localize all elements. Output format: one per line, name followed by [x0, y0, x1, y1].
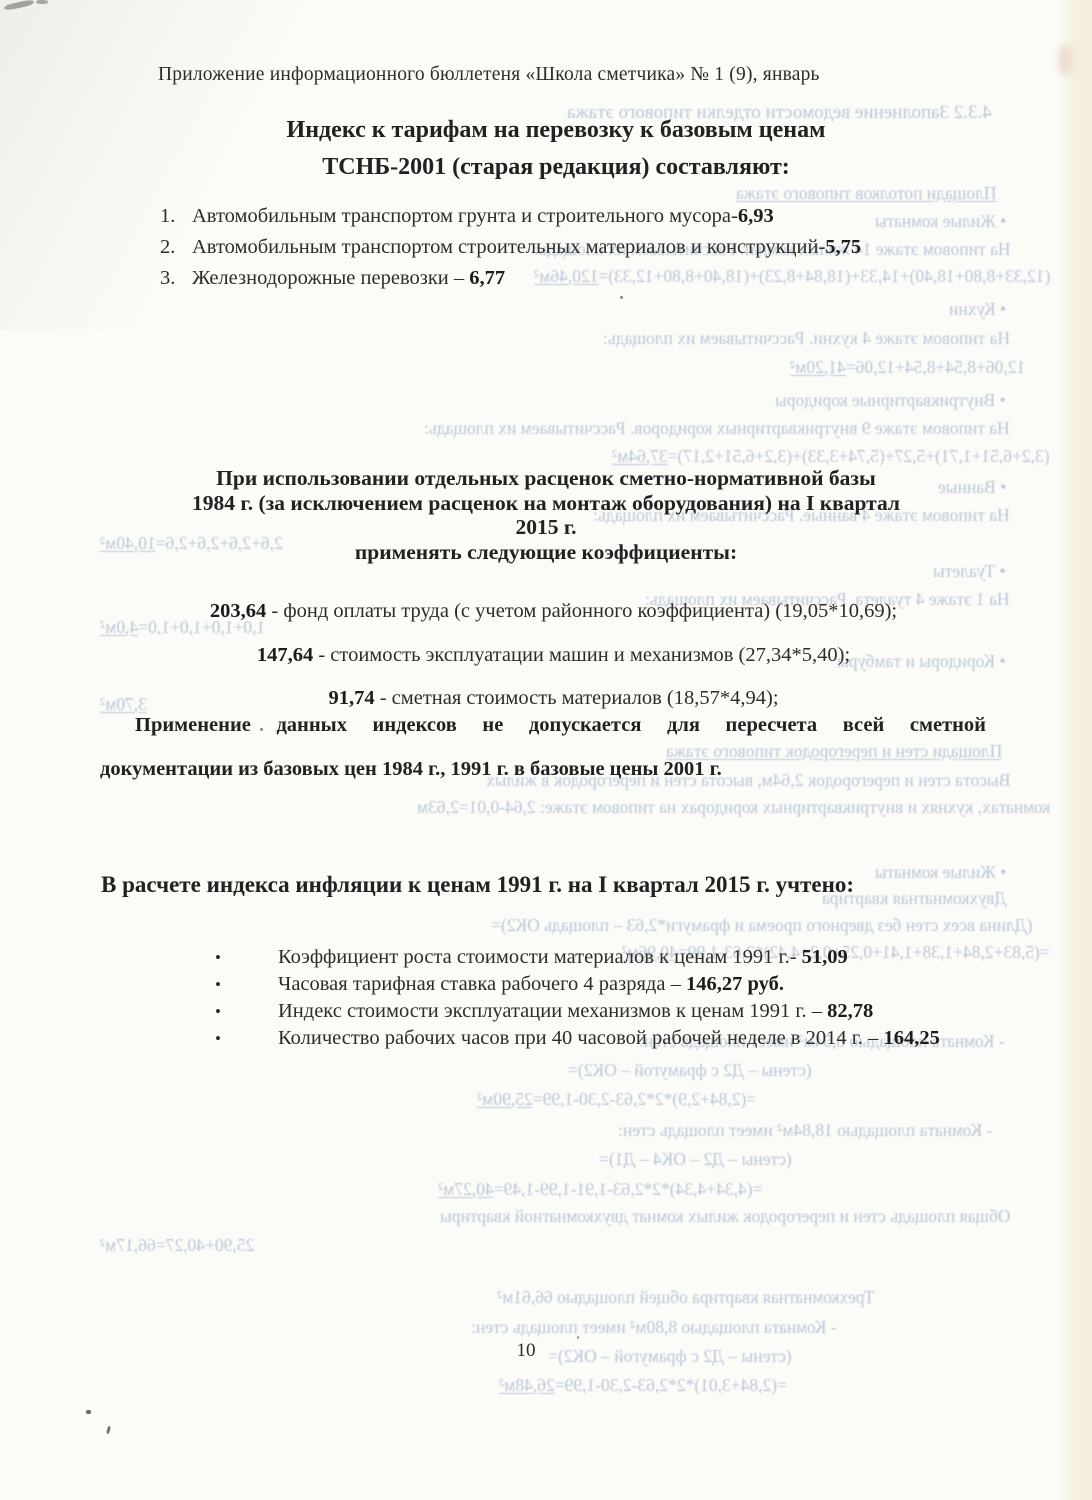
tariff-item-value: 6,93 — [738, 205, 774, 227]
bleed-text: Трехкомнатная квартира общей площадью 66… — [497, 1287, 875, 1307]
tariff-item-text: Автомобильным транспортом грунта и строи… — [192, 205, 738, 227]
inflation-item-value: 82,78 — [827, 1000, 873, 1022]
bleed-text: =(4,34+4,34)*2*2,63-1,91-1,99-1,49= — [493, 1179, 762, 1199]
tariff-item-value: 6,77 — [469, 267, 505, 289]
scan-speck — [1058, 45, 1074, 75]
coefficients-heading-line-1: При использовании отдельных расценок сме… — [70, 466, 1022, 491]
restriction-note-line-2: документации из базовых цен 1984 г., 199… — [100, 758, 986, 781]
bleedthrough-line: Площади потолков типового этажа — [736, 183, 996, 203]
bleedthrough-line: (Длина всех стен без дверного проема и ф… — [491, 915, 1033, 935]
tariff-item-number: 2. — [160, 232, 192, 263]
inflation-heading: В расчете индекса инфляции к ценам 1991 … — [101, 872, 854, 898]
bleed-text: (стены – Д2 с фрамугой – ОК2)= — [568, 1060, 812, 1080]
bleedthrough-line: (стены – Д2 – ОК4 – Д1)= — [599, 1149, 792, 1169]
bleedthrough-line: (стены – Д2 с фрамугой – ОК2)= — [568, 1060, 812, 1080]
bleed-text: • Жилые комнаты — [875, 862, 1006, 882]
bleedthrough-line: • Кухни — [949, 299, 1006, 319]
restriction-note-line-1: Применение данных индексов не допускаетс… — [100, 714, 986, 737]
inflation-list: •Коэффициент роста стоимости материалов … — [215, 944, 940, 1052]
bleedthrough-line: • Жилые комнаты — [875, 862, 1006, 882]
tariff-list: 1.Автомобильным транспортом грунта и стр… — [160, 201, 861, 294]
tariff-item: 2.Автомобильным транспортом строительных… — [160, 232, 861, 263]
bleed-text: =(2,84+2,9)*2*2,63-2,30-1,99= — [532, 1089, 756, 1109]
inflation-item: •Количество рабочих часов при 40 часовой… — [215, 1025, 940, 1052]
scan-speck — [86, 1410, 91, 1414]
scan-edge-strip — [1058, 0, 1092, 1500]
bleed-underlined-text: 37,64м² — [612, 446, 668, 466]
bleedthrough-line: 12,06+8,54+8,54+12,06=41,20м² — [790, 357, 1025, 377]
bleed-underlined-text: 26,48м² — [499, 1375, 555, 1395]
bleedthrough-line: На типовом этаже 4 кухни. Рассчитываем и… — [603, 328, 1010, 348]
bulletin-header: Приложение информационного бюллетеня «Шк… — [158, 64, 820, 86]
inflation-item-text: Индекс стоимости эксплуатации механизмов… — [278, 1000, 827, 1022]
bleedthrough-line: комнатах, кухнях и внутриквартирных кори… — [417, 797, 1050, 817]
bleed-text: • Туалеты — [933, 561, 1006, 581]
bleedthrough-line: • Туалеты — [933, 561, 1006, 581]
coefficients-heading-line-4: применять следующие коэффициенты: — [70, 540, 1022, 565]
bleed-underlined-text: 41,20м² — [790, 357, 846, 377]
bleedthrough-line: - Комната площадью 8,80м² имеет площадь … — [471, 1317, 837, 1337]
coefficient-row: 203,64 - фонд оплаты труда (с учетом рай… — [75, 600, 1032, 623]
scan-speck — [36, 0, 48, 4]
inflation-item-text: Количество рабочих часов при 40 часовой … — [278, 1027, 883, 1049]
bleed-text: На типовом этаже 9 внутриквартирных кори… — [424, 418, 1010, 438]
coefficient-value: 147,64 — [257, 644, 313, 666]
bleed-underlined-text: 40,27м² — [438, 1179, 494, 1199]
coefficient-text: - стоимость эксплуатации машин и механиз… — [313, 644, 850, 666]
bleedthrough-line: 25,90+40,27=66,17м² — [100, 1235, 254, 1255]
bleed-text: =(2,84+3,01)*2*2,63-2,30-1,99= — [555, 1375, 787, 1395]
bleedthrough-line: • Внутриквартирные коридоры — [775, 390, 1006, 410]
tariff-item-number: 1. — [160, 201, 192, 232]
tariff-item: 1.Автомобильным транспортом грунта и стр… — [160, 201, 861, 232]
bullet-icon: • — [215, 999, 278, 1025]
doc-title: Индекс к тарифам на перевозку к базовым … — [90, 112, 1022, 186]
coefficient-text: - сметная стоимость материалов (18,57*4,… — [375, 687, 779, 709]
bleedthrough-line: =(2,84+3,01)*2*2,63-2,30-1,99=26,48м² — [499, 1375, 787, 1395]
bleed-text: • Кухни — [949, 299, 1006, 319]
bleedthrough-line: =(4,34+4,34)*2*2,63-1,91-1,99-1,49=40,27… — [438, 1179, 762, 1199]
bleed-text: - Комната площадью 18,84м² имеет площадь… — [618, 1120, 992, 1140]
coefficient-text: - фонд оплаты труда (с учетом районного … — [266, 600, 897, 622]
bullet-icon: • — [215, 972, 278, 998]
coefficients-heading: При использовании отдельных расценок сме… — [70, 466, 1022, 564]
bleed-underlined-text: 25,90м² — [477, 1089, 533, 1109]
tariff-item-value: 5,75 — [825, 236, 861, 258]
inflation-item-value: 51,09 — [802, 946, 848, 968]
doc-title-line-2: ТСНБ-2001 (старая редакция) составляют: — [90, 149, 1022, 186]
inflation-item: •Коэффициент роста стоимости материалов … — [215, 944, 940, 971]
inflation-item: •Индекс стоимости эксплуатации механизмо… — [215, 998, 940, 1025]
document-page: 4.3.2 Заполнение ведомости отделки типов… — [0, 0, 1092, 1500]
bleedthrough-line: (3,2+6,51+1,71)+5,27+(5,74+3,33)+(3,2+6,… — [612, 446, 1050, 466]
bullet-icon: • — [215, 1026, 278, 1052]
bleed-text: (стены – Д2 – ОК4 – Д1)= — [599, 1149, 792, 1169]
bullet-icon: • — [215, 945, 278, 971]
bleed-text: комнатах, кухнях и внутриквартирных кори… — [417, 797, 1050, 817]
inflation-item: •Часовая тарифная ставка рабочего 4 разр… — [215, 971, 940, 998]
doc-title-line-1: Индекс к тарифам на перевозку к базовым … — [90, 112, 1022, 149]
coefficient-row: 91,74 - сметная стоимость материалов (18… — [75, 687, 1032, 710]
coefficient-value: 91,74 — [328, 687, 374, 709]
coefficients-heading-line-3: 2015 г. — [70, 515, 1022, 540]
tariff-item: 3.Железнодорожные перевозки – 6,77 — [160, 263, 861, 294]
coefficients-heading-line-2: 1984 г. (за исключением расценок на монт… — [70, 491, 1022, 516]
tariff-item-text: Железнодорожные перевозки – — [192, 267, 469, 289]
bleedthrough-line: - Комната площадью 18,84м² имеет площадь… — [618, 1120, 992, 1140]
bleed-text: 25,90+40,27=66,17м² — [100, 1235, 254, 1255]
inflation-item-text: Часовая тарифная ставка рабочего 4 разря… — [278, 973, 686, 995]
bleed-text: (3,2+6,51+1,71)+5,27+(5,74+3,33)+(3,2+6,… — [668, 446, 1050, 466]
scan-speck — [106, 1426, 111, 1435]
bleedthrough-line: • Жилые комнаты — [875, 211, 1006, 231]
coefficient-row: 147,64 - стоимость эксплуатации машин и … — [75, 644, 1032, 667]
bleedthrough-line: Общая площадь стен и перегородок жилых к… — [440, 1206, 1010, 1226]
bleed-text: • Жилые комнаты — [875, 211, 1006, 231]
bleed-text: (Длина всех стен без дверного проема и ф… — [491, 915, 1033, 935]
bleed-text: На типовом этаже 4 кухни. Рассчитываем и… — [603, 328, 1010, 348]
inflation-item-value: 146,27 руб. — [686, 973, 784, 995]
bleedthrough-line: =(2,84+2,9)*2*2,63-2,30-1,99=25,90м² — [477, 1089, 756, 1109]
inflation-item-value: 164,25 — [883, 1027, 939, 1049]
bleed-text: - Комната площадью 8,80м² имеет площадь … — [471, 1317, 837, 1337]
tariff-item-text: Автомобильным транспортом строительных м… — [192, 236, 825, 258]
restriction-note: Применение данных индексов не допускаетс… — [100, 714, 986, 781]
coefficients-list: 203,64 - фонд оплаты труда (с учетом рай… — [75, 600, 1032, 731]
coefficient-value: 203,64 — [210, 600, 266, 622]
bleed-underlined-text: Площади потолков типового этажа — [736, 183, 996, 203]
bleedthrough-line: Трехкомнатная квартира общей площадью 66… — [497, 1287, 875, 1307]
bleedthrough-line: На типовом этаже 9 внутриквартирных кори… — [424, 418, 1010, 438]
bleed-text: Общая площадь стен и перегородок жилых к… — [440, 1206, 1010, 1226]
tariff-item-number: 3. — [160, 263, 192, 294]
scan-speck — [620, 296, 623, 299]
bleed-text: • Внутриквартирные коридоры — [775, 390, 1006, 410]
bleed-text: 12,06+8,54+8,54+12,06= — [846, 357, 1025, 377]
page-number: 10 — [0, 1340, 1052, 1362]
inflation-item-text: Коэффициент роста стоимости материалов к… — [278, 946, 802, 968]
